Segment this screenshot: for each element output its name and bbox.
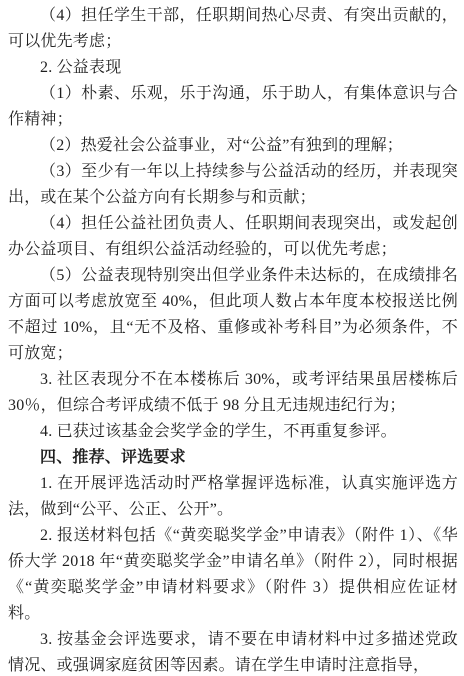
paragraph-clause-4-student-cadre: （4）担任学生干部，任职期间热心尽责、有突出贡献的，可以优先考虑； — [8, 3, 458, 55]
section-heading-recommendation-requirements: 四、推荐、评选要求 — [8, 445, 458, 471]
paragraph-item-3-community-score: 3. 社区表现分不在本楼栋后 30%，或考评结果虽居楼栋后 30％，但综合考评成… — [8, 367, 458, 419]
paragraph-clause-1-character: （1）朴素、乐观，乐于沟通，乐于助人，有集体意识与合作精神； — [8, 81, 458, 133]
paragraph-item-2-public-welfare: 2. 公益表现 — [8, 55, 458, 81]
paragraph-item-4-no-repeat-award: 4. 已获过该基金会奖学金的学生，不再重复参评。 — [8, 419, 458, 445]
paragraph-req-3-guidance: 3. 按基金会评选要求，请不要在申请材料中过多描述党政情况、或强调家庭贫困等因素… — [8, 627, 458, 676]
paragraph-req-2-materials: 2. 报送材料包括《“黄奕聪奖学金”申请表》（附件 1）、《华侨大学 2018 … — [8, 523, 458, 627]
paragraph-clause-2-passion: （2）热爱社会公益事业，对“公益”有独到的理解； — [8, 133, 458, 159]
paragraph-clause-4-club-leader: （4）担任公益社团负责人、任职期间表现突出，或发起创办公益项目、有组织公益活动经… — [8, 211, 458, 263]
document-page: （4）担任学生干部，任职期间热心尽责、有突出贡献的，可以优先考虑； 2. 公益表… — [0, 0, 464, 676]
paragraph-clause-3-experience: （3）至少有一年以上持续参与公益活动的经历，并表现突出，或在某个公益方向有长期参… — [8, 159, 458, 211]
paragraph-clause-5-relaxed-criteria: （5）公益表现特别突出但学业条件未达标的，在成绩排名方面可以考虑放宽至 40%，… — [8, 263, 458, 367]
paragraph-req-1-fairness: 1. 在开展评选活动时严格掌握评选标准，认真实施评选方法，做到“公平、公正、公开… — [8, 471, 458, 523]
